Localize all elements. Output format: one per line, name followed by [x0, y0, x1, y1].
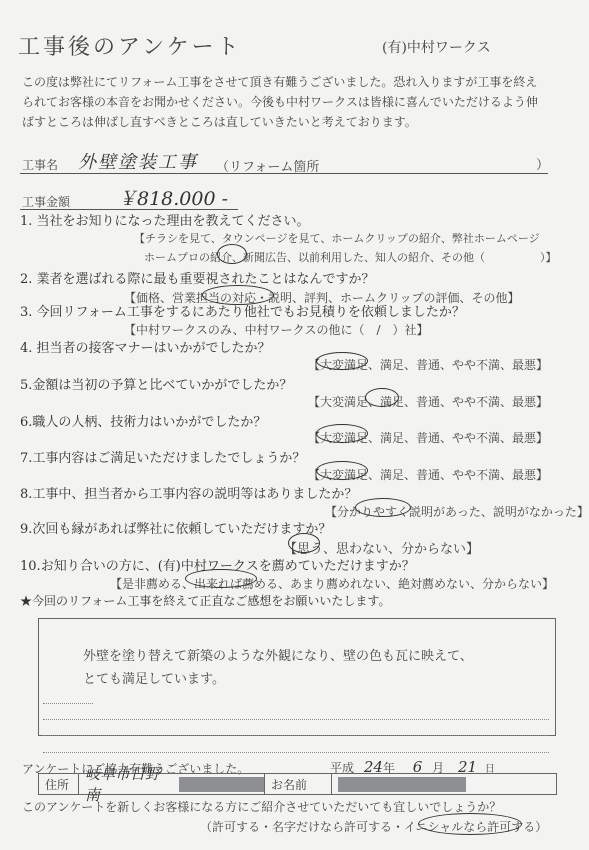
permission-question: このアンケートを新しくお客様になる方にご紹介させていただいても宜しいでしょうか？ [22, 798, 501, 815]
question-1-options-line2[interactable]: ホームプロの紹介、新聞広告、以前利用した、知人の紹介、その他（ ）】 [144, 249, 557, 265]
comment-prompt: ★今回のリフォーム工事を終えて正直なご感想をお願いいたします。 [20, 592, 390, 609]
question-4: 4. 担当者の接客マナーはいかがでしたか？ [20, 337, 271, 356]
question-7: 7.工事内容はご満足いただけましたでしょうか？ [20, 447, 305, 466]
survey-title: 工事後のアンケート [18, 30, 242, 61]
address-field[interactable]: 岐阜市日野南 [79, 774, 265, 794]
question-2: 2. 業者を選ばれる際に最も重要視されたことはなんですか？ [20, 268, 375, 287]
question-1-options-line1[interactable]: 【チラシを見て、タウンページを見て、ホームクリップの紹介、弊社ホームページ [134, 230, 540, 246]
answer-circle-permission [418, 813, 522, 835]
comment-dotline [43, 735, 549, 736]
amount-label: 工事金額 [22, 193, 70, 210]
intro-paragraph: この度は弊社にてリフォーム工事をさせて頂き有難うございました。恐れ入りますが工事… [22, 72, 538, 132]
company-name: (有)中村ワークス [382, 37, 491, 57]
comment-dotline [43, 752, 549, 753]
question-5-options[interactable]: 【大変満足、満足、普通、やや不満、最悪】 [308, 393, 548, 410]
project-name-value[interactable]: 外壁塗装工事 [78, 148, 198, 174]
project-name-underline [20, 173, 548, 174]
answer-circle-q5 [365, 388, 399, 407]
comment-dotline [43, 719, 549, 720]
name-field[interactable] [332, 774, 556, 794]
intro-line: この度は弊社にてリフォーム工事をさせて頂き有難うございました。恐れ入りますが工事… [22, 72, 538, 92]
name-label: お名前 [265, 774, 332, 794]
redacted-address [179, 777, 265, 792]
answer-circle-q9 [288, 533, 320, 553]
comment-line-1: 外壁を塗り替えて新築のような外観になり、壁の色も瓦に映えて、 [83, 645, 473, 668]
comment-box[interactable]: 外壁を塗り替えて新築のような外観になり、壁の色も瓦に映えて、 とても満足していま… [38, 618, 556, 736]
redacted-name [338, 777, 466, 792]
comment-dotline [43, 703, 93, 704]
question-3-options[interactable]: 【中村ワークスのみ、中村ワークスの他に（ / ）社】 [124, 321, 429, 338]
answer-circle-q7 [316, 461, 368, 480]
answer-circle-q10 [185, 569, 257, 588]
question-3: 3. 今回リフォーム工事をするにあたり他社でもお見積りを依頼しましたか？ [20, 301, 465, 320]
question-1: 1. 当社をお知りになった理由を教えてください。 [20, 210, 310, 229]
comment-line-2: とても満足しています。 [83, 668, 225, 691]
answer-circle-q4 [316, 352, 368, 370]
address-label: 住所 [39, 774, 79, 794]
question-9: 9.次回も縁があれば弊社に依頼していただけますか？ [20, 518, 331, 537]
reform-location-close: ） [536, 154, 549, 173]
question-8: 8.工事中、担当者から工事内容の説明等はありましたか？ [20, 483, 357, 502]
project-name-label: 工事名 [22, 156, 58, 173]
intro-line: られてお客様の本音をお聞かせください。今後も中村ワークスは皆様に喜んでいただける… [22, 92, 538, 112]
answer-circle-q1 [217, 244, 247, 264]
answer-circle-q8 [355, 498, 411, 517]
answer-circle-q6 [316, 424, 368, 443]
question-5: 5.金額は当初の予算と比べていかがでしたか？ [20, 374, 292, 393]
question-10-options[interactable]: 【是非薦める、出来れば薦める、あまり薦めれない、絶対薦めない、分からない】 [110, 575, 554, 592]
amount-value[interactable]: ￥818.000 - [118, 184, 228, 211]
question-6: 6.職人の人柄、技術力はいかがでしたか？ [20, 411, 266, 430]
customer-info-table: 住所 岐阜市日野南 お名前 [38, 773, 557, 795]
intro-line: ばすところは伸ばし直すべきところは直していきたいと考えております。 [22, 112, 538, 132]
